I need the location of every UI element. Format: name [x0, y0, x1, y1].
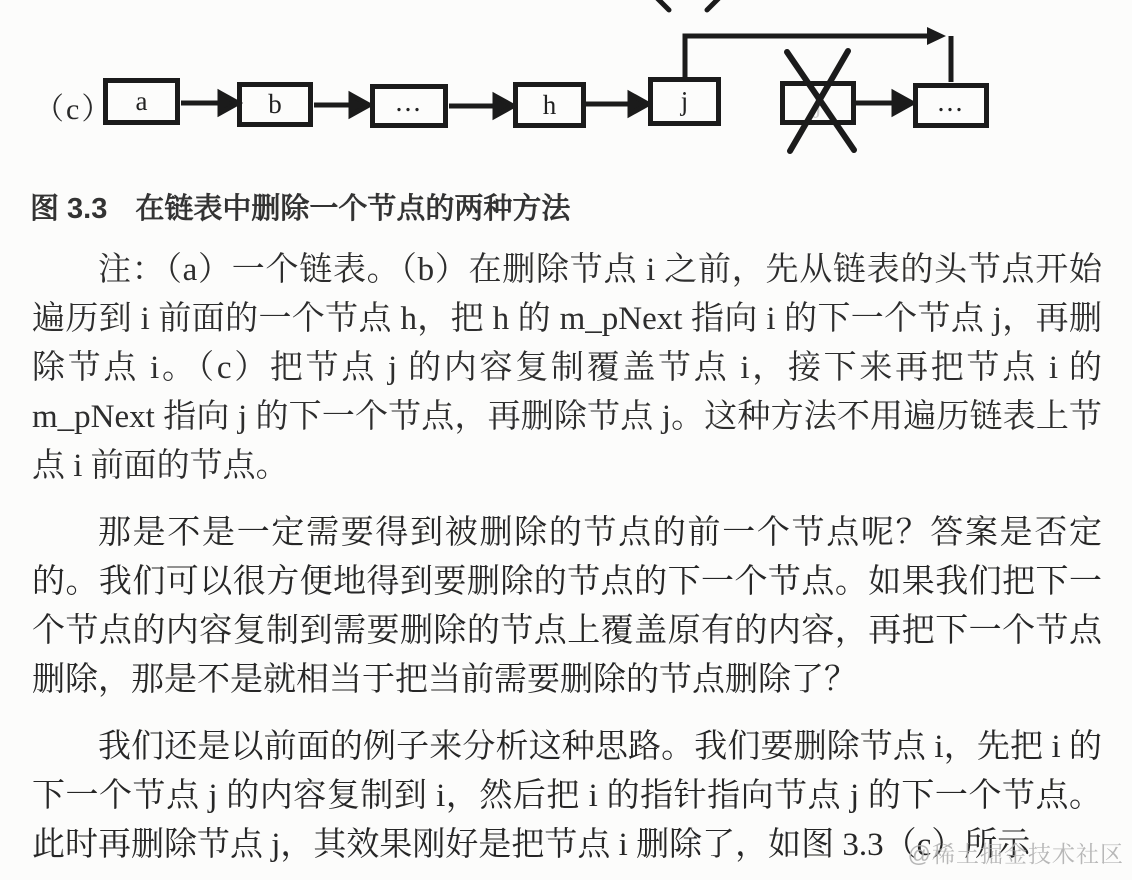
list-node-b: b	[237, 82, 313, 127]
book-page: （c） a b ... h j j ... 图 3.3在链表中删除一个节点的两种…	[0, 0, 1132, 880]
list-node-a: a	[103, 78, 180, 125]
node-label: j	[814, 88, 822, 119]
node-label: ...	[396, 87, 423, 119]
list-node-deleted: j	[780, 81, 856, 125]
figure-caption-title: 在链表中删除一个节点的两种方法	[135, 193, 570, 225]
figure-3-3c: （c） a b ... h j j ...	[0, 0, 1132, 170]
node-label: b	[268, 89, 282, 120]
figure-caption-number: 图 3.3	[30, 193, 107, 225]
bypass-arrow	[685, 27, 951, 82]
list-node-h: h	[513, 82, 586, 128]
body-paragraph-1: 那是不是一定需要得到被删除的节点的前一个节点呢？答案是否定的。我们可以很方便地得…	[32, 509, 1102, 705]
node-label: h	[543, 90, 557, 121]
list-node-j: j	[648, 77, 721, 126]
figure-caption: 图 3.3在链表中删除一个节点的两种方法	[30, 186, 1132, 220]
node-label: ...	[938, 87, 965, 119]
list-node-tail-ellipsis: ...	[913, 83, 989, 128]
note-paragraph: 注：（a）一个链表。（b）在删除节点 i 之前，先从链表的头节点开始遍历到 i …	[32, 246, 1102, 491]
list-node-ellipsis: ...	[370, 84, 448, 128]
cropped-cross-remnant	[656, 0, 720, 10]
node-label: j	[681, 86, 689, 117]
figure-part-label: （c）	[34, 84, 113, 128]
node-label: a	[136, 86, 148, 117]
watermark: @稀土掘金技术社区	[908, 836, 1124, 869]
